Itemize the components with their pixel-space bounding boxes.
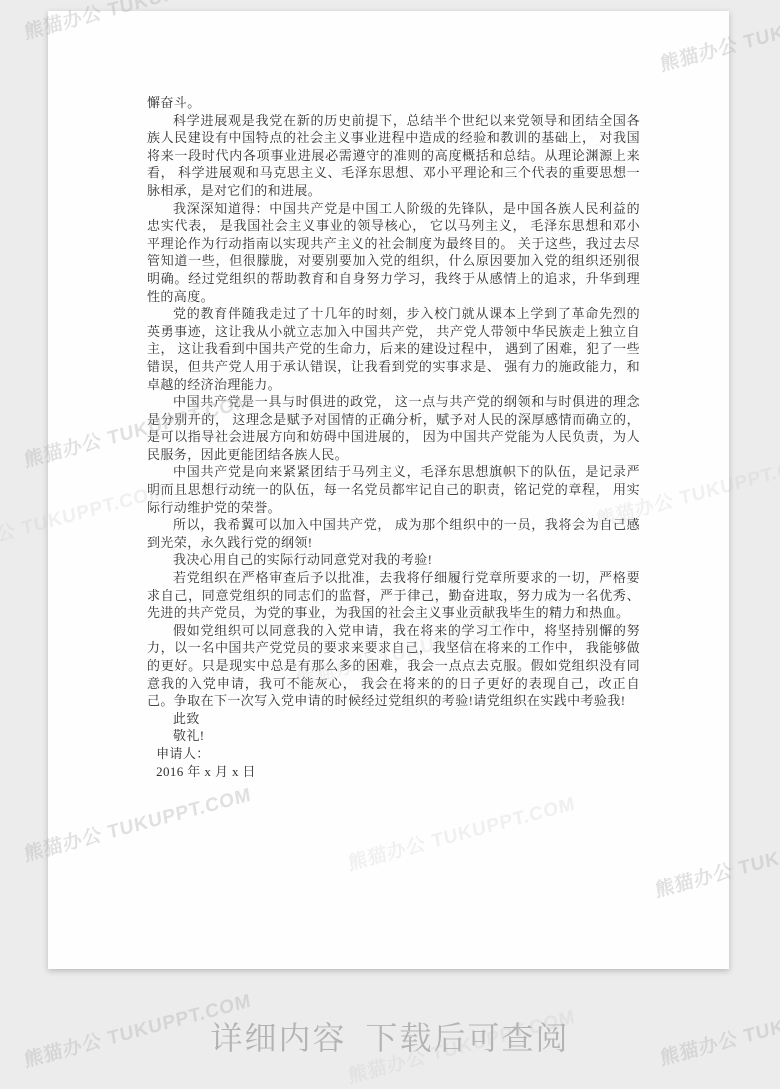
download-caption: 详细内容 下载后可查阅	[0, 1013, 780, 1059]
paragraph: 申请人：	[147, 745, 640, 763]
paragraph: 党的教育伴随我走过了十几年的时刻，步入校门就从课本上学到了革命先烈的英勇事迹，这…	[147, 305, 640, 393]
paragraph: 我深深知道得：中国共产党是中国工人阶级的先锋队，是中国各族人民利益的忠实代表， …	[147, 200, 640, 306]
paragraph: 我决心用自己的实际行动同意党对我的考验!	[147, 551, 640, 569]
preview-background: 懈奋斗。科学进展观是我党在新的历史前提下，总结半个世纪以来党领导和团结全国各族人…	[0, 0, 780, 1089]
paragraph: 若党组织在严格审查后予以批准，去我将仔细履行党章所要求的一切，严格要求自己，同意…	[147, 569, 640, 622]
paragraph: 敬礼!	[147, 727, 640, 745]
paragraph: 中国共产党是向来紧紧团结于马列主义，毛泽东思想旗帜下的队伍，是记录严明而且思想行…	[147, 463, 640, 516]
paragraph: 中国共产党是一具与时俱进的政党， 这一点与共产党的纲领和与时俱进的理念是分别开的…	[147, 393, 640, 463]
paragraph: 懈奋斗。	[147, 94, 640, 112]
document-page: 懈奋斗。科学进展观是我党在新的历史前提下，总结半个世纪以来党领导和团结全国各族人…	[48, 11, 729, 969]
paragraph: 科学进展观是我党在新的历史前提下，总结半个世纪以来党领导和团结全国各族人民建设有…	[147, 112, 640, 200]
paragraph: 假如党组织可以同意我的入党申请，我在将来的学习工作中，将坚持别懈的努力，以一名中…	[147, 622, 640, 710]
document-body: 懈奋斗。科学进展观是我党在新的历史前提下，总结半个世纪以来党领导和团结全国各族人…	[147, 94, 640, 780]
paragraph: 所以，我希翼可以加入中国共产党， 成为那个组织中的一员，我将会为自己感到光荣，永…	[147, 516, 640, 551]
paragraph: 此致	[147, 710, 640, 728]
paragraph: 2016 年 x 月 x 日	[147, 763, 640, 781]
